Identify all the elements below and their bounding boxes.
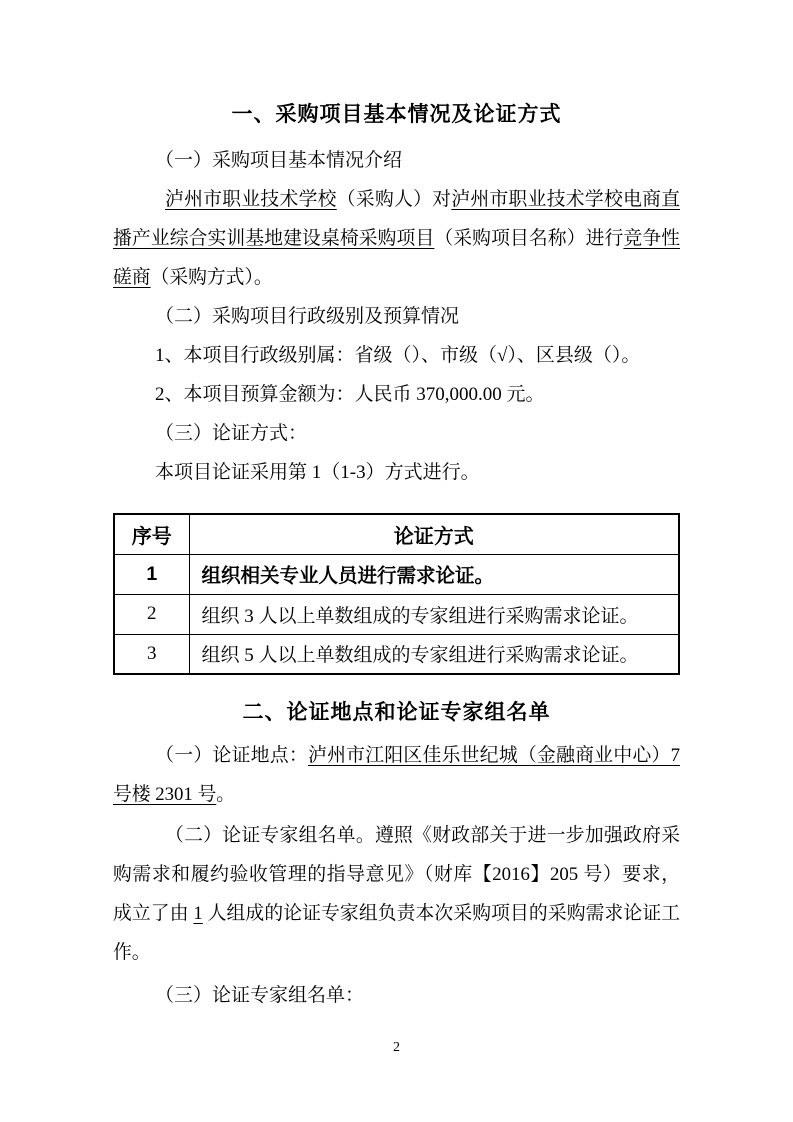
table-row: 1 组织相关专业人员进行需求论证。: [114, 554, 679, 594]
method-table: 序号 论证方式 1 组织相关专业人员进行需求论证。 2 组织 3 人以上单数组成…: [113, 513, 680, 675]
table-row: 3 组织 5 人以上单数组成的专家组进行采购需求论证。: [114, 634, 679, 674]
section1-heading: 一、采购项目基本情况及论证方式: [113, 102, 680, 128]
expert-count: 1: [193, 903, 202, 924]
row-2-method: 组织 3 人以上单数组成的专家组进行采购需求论证。: [189, 594, 679, 634]
row-1-method: 组织相关专业人员进行需求论证。: [189, 554, 679, 594]
intro-text-2: （采购项目名称）进行: [434, 228, 623, 249]
item-1-3-heading: （三）论证方式：: [113, 414, 680, 453]
section2-heading: 二、论证地点和论证专家组名单: [113, 700, 680, 726]
location-paragraph: （一）论证地点：泸州市江阳区佳乐世纪城（金融商业中心）7 号楼 2301 号。: [113, 736, 680, 814]
method-selection-line: 本项目论证采用第 1（1-3）方式进行。: [113, 453, 680, 492]
location-prefix: （一）论证地点：: [155, 745, 308, 766]
item-1-1-heading: （一）采购项目基本情况介绍: [113, 141, 680, 180]
intro-text-1: （采购人）对: [337, 189, 452, 210]
document-page: 一、采购项目基本情况及论证方式 （一）采购项目基本情况介绍 泸州市职业技术学校（…: [0, 0, 793, 1122]
purchaser-name: 泸州市职业技术学校: [165, 189, 337, 210]
row-1-no: 1: [114, 554, 189, 594]
location-suffix: 。: [216, 784, 235, 805]
col-header-method: 论证方式: [189, 514, 679, 554]
row-2-no: 2: [114, 594, 189, 634]
page-content: 一、采购项目基本情况及论证方式 （一）采购项目基本情况介绍 泸州市职业技术学校（…: [113, 102, 680, 1015]
col-header-no: 序号: [114, 514, 189, 554]
page-number: 2: [0, 1040, 793, 1056]
row-3-no: 3: [114, 634, 189, 674]
row-3-method: 组织 5 人以上单数组成的专家组进行采购需求论证。: [189, 634, 679, 674]
item-1-2-heading: （二）采购项目行政级别及预算情况: [113, 297, 680, 336]
intro-text-3: （采购方式）。: [151, 267, 273, 288]
expert-group-paragraph: （二）论证专家组名单。遵照《财政部关于进一步加强政府采购需求和履约验收管理的指导…: [113, 816, 680, 972]
admin-level-line: 1、本项目行政级别属：省级（）、市级（√）、区县级（）。: [113, 336, 680, 375]
item-2-3-heading: （三）论证专家组名单：: [113, 976, 680, 1015]
budget-line: 2、本项目预算金额为：人民币 370,000.00 元。: [113, 375, 680, 414]
table-row: 2 组织 3 人以上单数组成的专家组进行采购需求论证。: [114, 594, 679, 634]
project-intro-paragraph: 泸州市职业技术学校（采购人）对泸州市职业技术学校电商直播产业综合实训基地建设桌椅…: [113, 180, 680, 297]
table-header-row: 序号 论证方式: [114, 514, 679, 554]
